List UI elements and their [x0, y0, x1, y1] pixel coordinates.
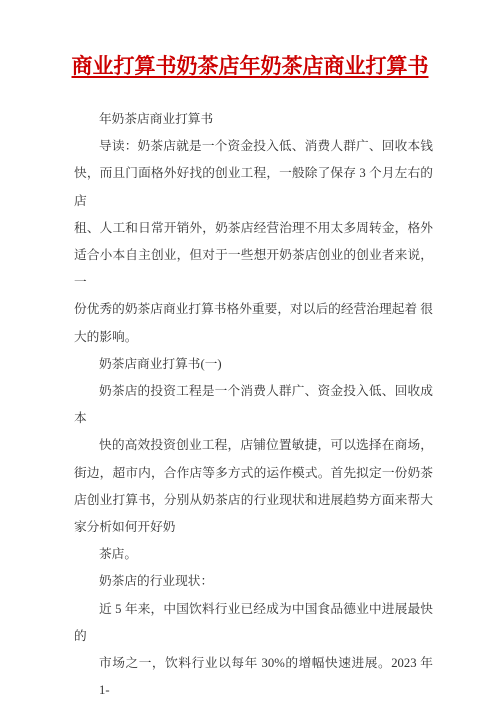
text-line: 街边，超市内，合作店等多方式的运作模式。首先拟定一份奶茶: [74, 460, 433, 487]
text-line: 租、人工和日常开销外，奶茶店经营治理不用太多周转金，格外: [74, 215, 433, 242]
text-line: 奶茶店的投资工程是一个消费人群广、资金投入低、回收成: [74, 378, 433, 405]
text-line: 近 5 年来，中国饮料行业已经成为中国食品德业中进展最快: [74, 596, 433, 623]
text-line: 茶店。: [74, 541, 433, 568]
text-line: 适合小本自主创业，但对于一些想开奶茶店创业的创业者来说， 一: [74, 242, 433, 296]
text-line: 奶茶店的行业现状：: [74, 568, 433, 595]
document-page: 商业打算书奶茶店年奶茶店商业打算书 年奶茶店商业打算书 导读：奶茶店就是一个资金…: [0, 0, 500, 707]
page-title: 商业打算书奶茶店年奶茶店商业打算书: [0, 50, 500, 84]
text-line: 奶茶店商业打算书(一): [74, 351, 433, 378]
text-line: 家分析如何开好奶: [74, 514, 433, 541]
page-title-text: 商业打算书奶茶店年奶茶店商业打算书: [72, 55, 429, 78]
text-line: 大的影响。: [74, 324, 433, 351]
text-line: 店创业打算书，分别从奶茶店的行业现状和进展趋势方面来帮大: [74, 487, 433, 514]
document-body: 年奶茶店商业打算书 导读：奶茶店就是一个资金投入低、消费人群广、回收本钱 快，而…: [74, 106, 433, 704]
text-line: 导读：奶茶店就是一个资金投入低、消费人群广、回收本钱: [74, 133, 433, 160]
text-line: 份优秀的奶茶店商业打算书格外重要，对以后的经营治理起着 很: [74, 296, 433, 323]
text-line: 快的高效投资创业工程，店铺位置敏捷，可以选择在商场，: [74, 432, 433, 459]
text-line: 年奶茶店商业打算书: [74, 106, 433, 133]
text-line: 市场之一，饮料行业以每年 30%的增幅快速进展。2023 年 1-: [74, 650, 433, 704]
text-line: 本: [74, 405, 433, 432]
text-line: 的: [74, 623, 433, 650]
text-line: 快，而且门面格外好找的创业工程，一般除了保存 3 个月左右的店: [74, 160, 433, 214]
